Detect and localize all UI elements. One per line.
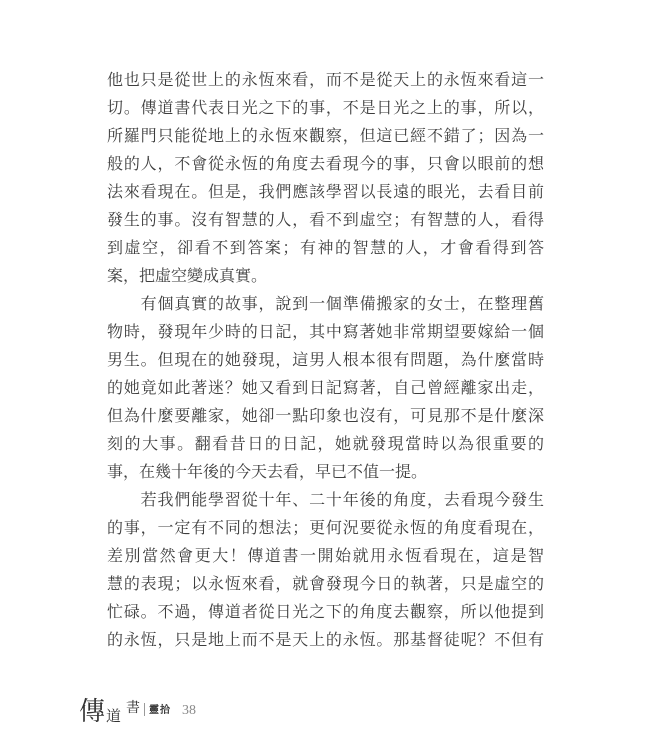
text-line: 物時，發現年少時的日記，其中寫著她非常期望要嫁給一個 [107,319,544,347]
footer-divider [144,703,145,716]
book-page: 他也只是從世上的永恆來看，而不是從天上的永恆來看這一切。傳道書代表日光之下的事，… [0,0,650,750]
footer-book-title-char-3: 書 [126,702,140,716]
footer-book-title-char-2: 道 [106,710,121,725]
text-line: 所羅門只能從地上的永恆來觀察，但這已經不錯了；因為一 [107,123,544,151]
text-line: 的事，一定有不同的想法；更何況要從永恆的角度看現在， [107,515,544,543]
text-line: 發生的事。沒有智慧的人，看不到虛空；有智慧的人，看得 [107,207,544,235]
text-line: 忙碌。不過，傳道者從日光之下的角度去觀察，所以他提到 [107,599,544,627]
page-number: 38 [182,704,196,718]
text-line: 到虛空，卻看不到答案；有神的智慧的人，才會看得到答 [107,235,544,263]
footer-book-title-char-1: 傳 [79,699,105,725]
text-line: 男生。但現在的她發現，這男人根本很有問題，為什麼當時 [107,347,544,375]
text-line: 般的人，不會從永恆的角度去看現今的事，只會以眼前的想 [107,151,544,179]
text-line: 切。傳道書代表日光之下的事，不是日光之上的事，所以， [107,95,544,123]
text-line: 若我們能學習從十年、二十年後的角度，去看現今發生 [107,487,544,515]
page-footer: 傳 道 書 靈拾 38 [79,699,196,725]
text-line: 事，在幾十年後的今天去看，早已不值一提。 [107,459,544,487]
text-line: 法來看現在。但是，我們應該學習以長遠的眼光，去看目前 [107,179,544,207]
text-line: 的永恆，只是地上而不是天上的永恆。那基督徒呢？不但有 [107,627,544,655]
text-line: 但為什麼要離家，她卻一點印象也沒有，可見那不是什麼深 [107,403,544,431]
text-line: 有個真實的故事，說到一個準備搬家的女士，在整理舊 [107,291,544,319]
text-line: 案，把虛空變成真實。 [107,263,544,291]
text-line: 刻的大事。翻看昔日的日記，她就發現當時以為很重要的 [107,431,544,459]
text-line: 的她竟如此著迷？她又看到日記寫著，自己曾經離家出走， [107,375,544,403]
text-line: 差別當然會更大！傳道書一開始就用永恆看現在，這是智 [107,543,544,571]
body-text: 他也只是從世上的永恆來看，而不是從天上的永恆來看這一切。傳道書代表日光之下的事，… [107,67,544,655]
footer-series-label: 靈拾 [149,706,171,716]
text-line: 慧的表現；以永恆來看，就會發現今日的執著，只是虛空的 [107,571,544,599]
text-line: 他也只是從世上的永恆來看，而不是從天上的永恆來看這一 [107,67,544,95]
